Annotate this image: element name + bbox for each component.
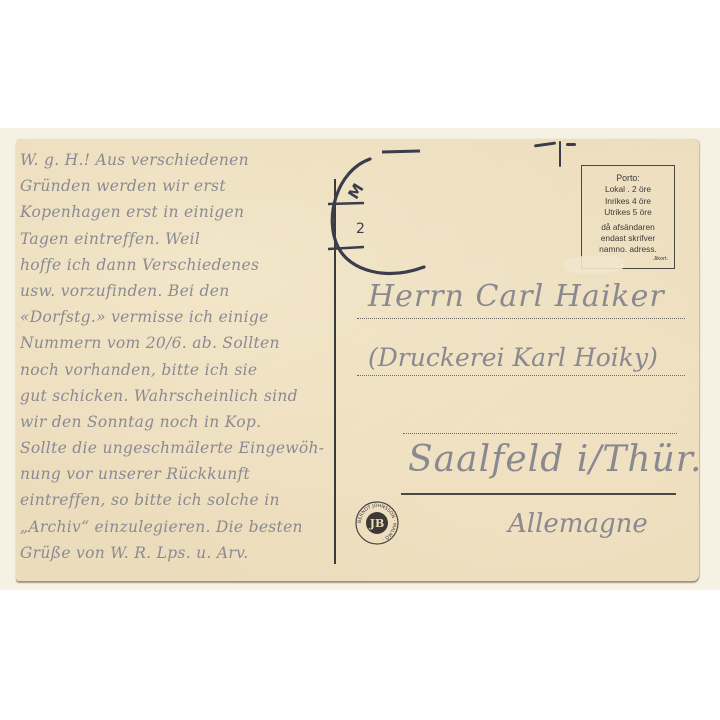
ink-smudge — [566, 143, 576, 146]
postcard: W. g. H.! Aus verschiedenen Gründen werd… — [16, 139, 699, 581]
porto-rate: Lokal . 2 öre — [582, 184, 674, 195]
porto-note: endast skrifver — [582, 233, 674, 244]
paper-tear — [564, 256, 624, 274]
message-line: nung vor unserer Rückkunft — [20, 461, 334, 487]
recipient-name: Herrn Carl Haiker — [368, 279, 665, 314]
porto-title: Porto: — [582, 173, 674, 184]
recipient-company: (Druckerei Karl Hoiky) — [368, 343, 658, 372]
message-line: eintreffen, so bitte ich solche in — [20, 487, 334, 513]
message-line: Gründen werden wir erst — [20, 173, 334, 199]
postmark-number: 2 — [356, 221, 365, 237]
recipient-city: Saalfeld i/Thür. — [408, 439, 702, 480]
address-line-3 — [403, 433, 677, 434]
message-line: gut schicken. Wahrscheinlich sind — [20, 383, 334, 409]
porto-rate: Utrikes 5 öre — [582, 207, 674, 218]
postmark-letter: M — [344, 180, 367, 202]
porto-rate: Inrikes 4 öre — [582, 196, 674, 207]
postage-box: Porto: Lokal . 2 öre Inrikes 4 öre Utrik… — [581, 165, 675, 269]
porto-small-print: Jikort. — [653, 254, 668, 265]
ink-smudge — [559, 141, 561, 167]
message-line: Kopenhagen erst in einigen — [20, 199, 334, 225]
address-line-1 — [357, 318, 685, 319]
publisher-seal-icon: JB BERNDT JOHNSSON · MALMÖ · — [355, 501, 399, 545]
postmark-icon: M 2 — [316, 149, 436, 289]
address-line-2 — [357, 375, 685, 376]
message-line: «Dorfstg.» vermisse ich einige — [20, 304, 334, 330]
message-line: wir den Sonntag noch in Kop. — [20, 409, 334, 435]
address-line-city — [401, 493, 676, 495]
message-line: Tagen eintreffen. Weil — [20, 226, 334, 252]
handwritten-message: W. g. H.! Aus verschiedenen Gründen werd… — [20, 147, 334, 566]
message-line: „Archiv“ einzulegieren. Die besten — [20, 514, 334, 540]
message-line: Nummern vom 20/6. ab. Sollten — [20, 330, 334, 356]
recipient-country: Allemagne — [508, 509, 648, 539]
porto-note: då afsändaren — [582, 222, 674, 233]
message-line: Grüße von W. R. Lps. u. Arv. — [20, 540, 334, 566]
message-line: W. g. H.! Aus verschiedenen — [20, 147, 334, 173]
message-line: Sollte die ungeschmälerte Eingewöh- — [20, 435, 334, 461]
message-line: hoffe ich dann Verschiedenes — [20, 252, 334, 278]
seal-monogram: JB — [369, 517, 385, 530]
message-line: noch vorhanden, bitte ich sie — [20, 357, 334, 383]
message-line: usw. vorzufinden. Bei den — [20, 278, 334, 304]
ink-smudge — [534, 141, 556, 147]
